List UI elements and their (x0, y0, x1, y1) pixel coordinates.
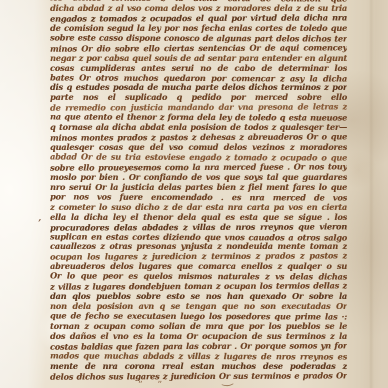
manuscript-line: engados z tomados z ocupados el qual por… (50, 13, 347, 24)
manuscript-line: dos daños el vno es la toma Or ocupacion… (50, 332, 347, 342)
manuscript-line: mados que muchas abdads z villas z lugar… (50, 351, 347, 362)
manuscript-line: ocupan los lugares z juredicion z termin… (50, 252, 347, 263)
manuscript-line: minos montes prados z pastos z dehesas z… (50, 132, 347, 143)
manuscript-line: por nos vos fuere encomendado . es nra m… (50, 192, 347, 203)
manuscript-line: procuradores delas abdades z villas de n… (50, 222, 347, 233)
manuscript-line: bates Or otros muchos quedaron por comen… (50, 73, 347, 84)
manuscript-line: suplican en estas cortes diziendo que vn… (50, 232, 347, 243)
bottom-swash-flourish: ‿ (221, 372, 232, 388)
margin-ink-mark: ʼ (38, 219, 41, 229)
manuscript-text-block: los dichos terminos z la dicha carta de … (50, 0, 347, 382)
manuscript-line: que de fecho se executasen luego los pos… (50, 311, 347, 322)
manuscript-line: mente de nra corona rreal estan muchos d… (50, 362, 347, 372)
manuscript-line: ella la dicha ley el thenor dela qual es… (50, 213, 347, 223)
manuscript-line: minos Or dio sobre ello ciertas sentenci… (50, 43, 347, 54)
bottom-flourish-marks: „ „ (138, 375, 298, 385)
manuscript-line: de comision segud la ley por nos fecha e… (50, 24, 347, 34)
manuscript-line: negar z por cabsa quel souis de ad senta… (50, 54, 347, 64)
manuscript-line: z villas z lugares dondebjuen toman z oc… (50, 282, 347, 293)
manuscript-line: z cometer lo suso dicho z de dar esta nr… (50, 203, 347, 213)
manuscript-line: dicha abdad z al vso coma delos vos z mo… (50, 4, 347, 14)
manuscript-page: los dichos terminos z la dicha carta de … (0, 0, 388, 388)
manuscript-line: sobre ello proueyesemos como la nra merc… (50, 162, 347, 173)
manuscript-line: nro serui Or la justicia delas partes bi… (50, 183, 347, 193)
manuscript-line: non dela posision avn q se tengan que no… (50, 302, 347, 312)
manuscript-line: na que atento el thenor z forma dela ley… (50, 113, 347, 124)
manuscript-line: moslo por bien . Or confiando de vos que… (50, 173, 347, 183)
manuscript-line: dis q estudes posada de mucha parte delo… (50, 83, 347, 93)
manuscript-line: tornan z ocupan como solian de mra que p… (50, 322, 347, 332)
manuscript-line: cosas cumplideras antes serui no de cabo… (50, 64, 347, 74)
manuscript-line: dan qlos pueblos sobre esto se nos han q… (50, 292, 347, 302)
manuscript-line: qualesqer cosas que del vso comud delos … (50, 143, 347, 153)
